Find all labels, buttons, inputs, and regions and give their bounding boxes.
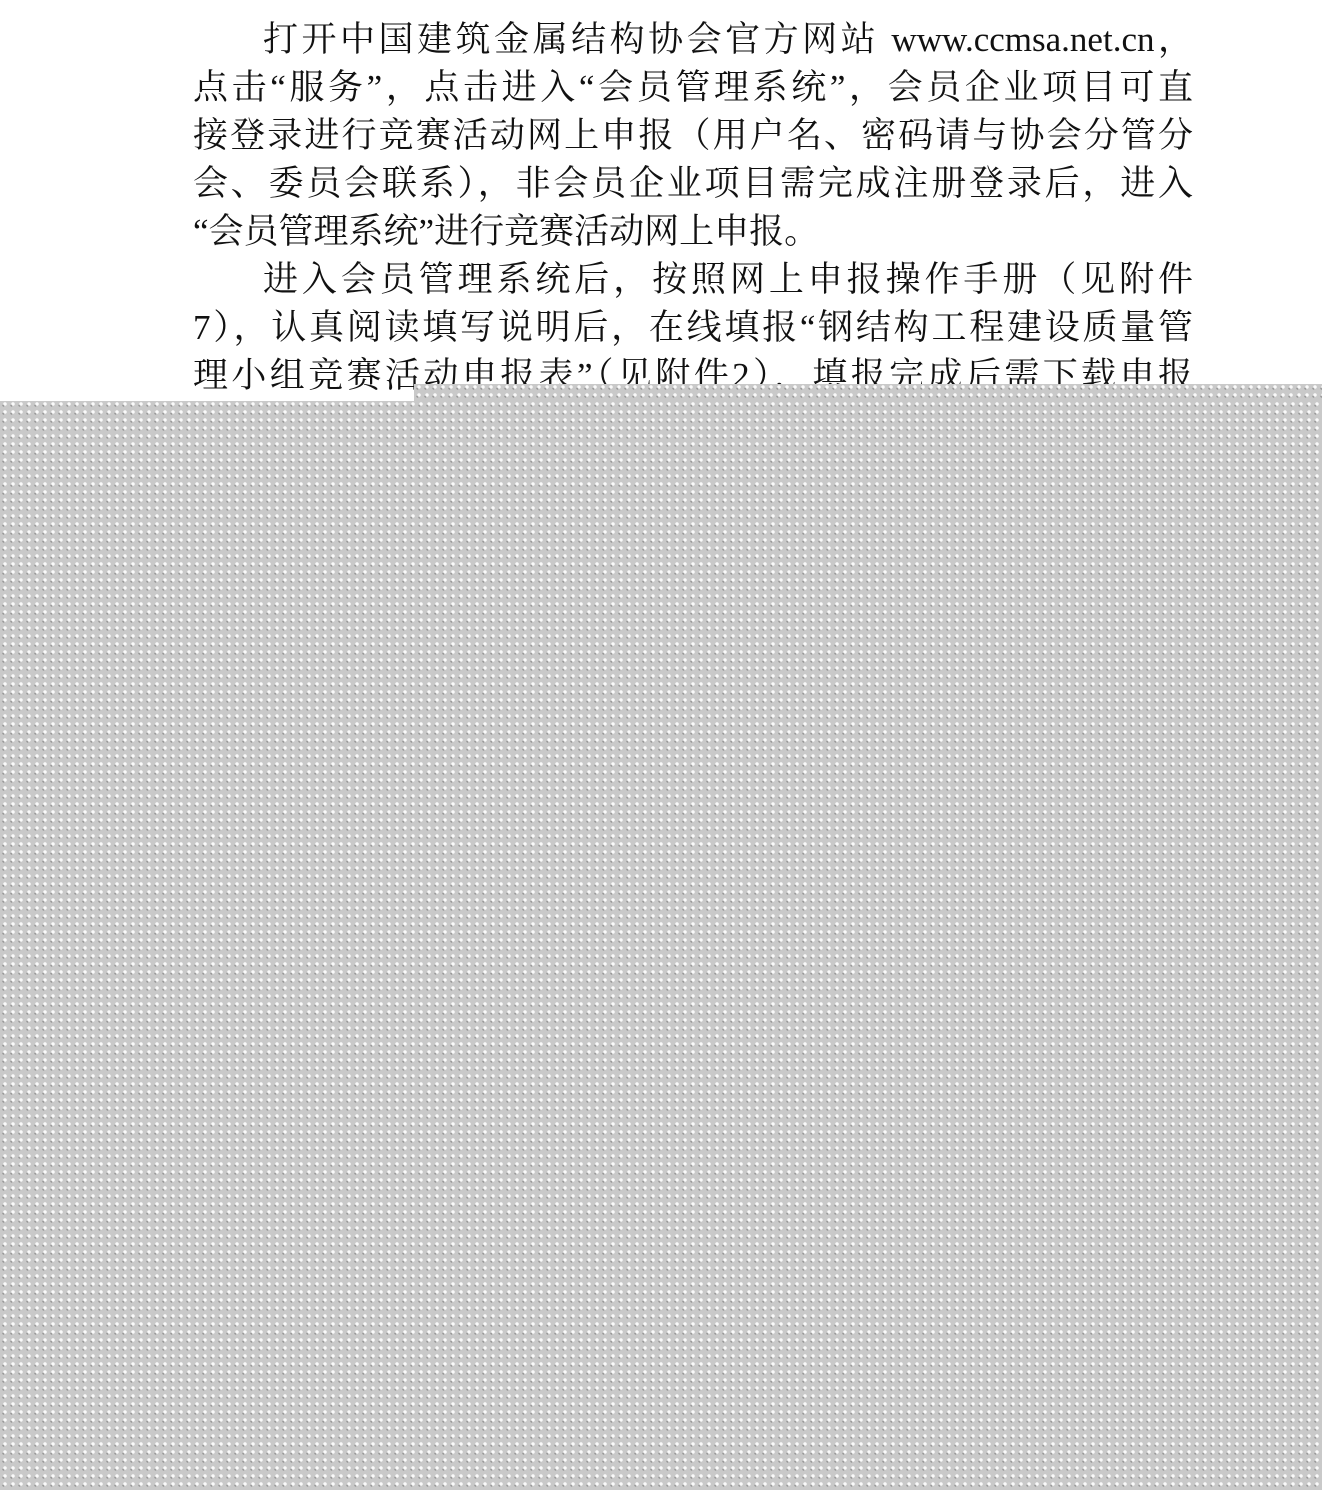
doc-line-4: 会、委员会联系），非会员企业项目需完成注册登录后，进入 — [193, 160, 1193, 208]
document-body: 打开中国建筑金属结构协会官方网站 www.ccmsa.net.cn， 点击“服务… — [193, 16, 1193, 400]
doc-line-2: 点击“服务”，点击进入“会员管理系统”，会员企业项目可直 — [193, 64, 1193, 112]
doc-line-5: “会员管理系统”进行竞赛活动网上申报。 — [193, 208, 1193, 256]
doc-line-3: 接登录进行竞赛活动网上申报（用户名、密码请与协会分管分 — [193, 112, 1193, 160]
document-page: 打开中国建筑金属结构协会官方网站 www.ccmsa.net.cn， 点击“服务… — [0, 0, 1322, 1490]
gray-overlay-step — [414, 384, 1322, 402]
doc-line-6: 进入会员管理系统后，按照网上申报操作手册（见附件 — [193, 256, 1193, 304]
doc-line-7: 7），认真阅读填写说明后，在线填报“钢结构工程建设质量管 — [193, 304, 1193, 352]
doc-line-1: 打开中国建筑金属结构协会官方网站 www.ccmsa.net.cn， — [193, 16, 1193, 64]
gray-overlay-main — [0, 401, 1322, 1490]
